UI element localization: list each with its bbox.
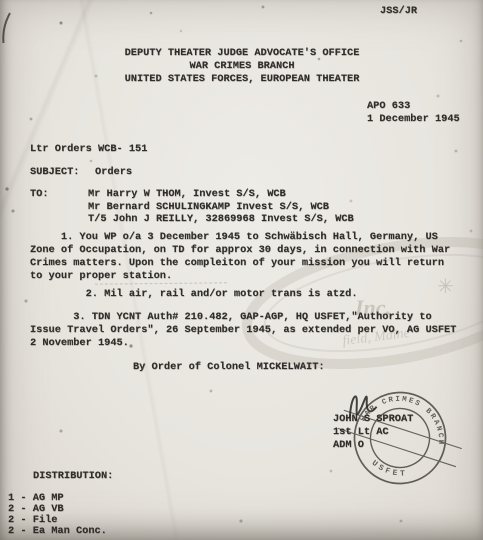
paragraph-2: 2. Mil air, rail and/or motor trans is a… bbox=[30, 288, 358, 301]
svg-text:USFET: USFET bbox=[368, 458, 410, 482]
date-line: 1 December 1945 bbox=[367, 113, 460, 126]
signer-rank: 1st Lt AC bbox=[333, 426, 389, 439]
subject-value: Orders bbox=[95, 166, 132, 179]
pencil-smudge bbox=[95, 282, 227, 284]
signer-title: ADM O bbox=[333, 439, 364, 452]
subject-label: SUBJECT: bbox=[30, 166, 79, 179]
reference-code: JSS/JR bbox=[380, 5, 417, 18]
stamp-bottom-text: USFET bbox=[368, 458, 410, 482]
apo-line: APO 633 bbox=[367, 100, 410, 113]
paragraph-3: 3. TDN YCNT Auth# 210.482, GAP-AGP, HQ U… bbox=[30, 311, 456, 350]
order-number-line: Ltr Orders WCB- 151 bbox=[30, 143, 147, 156]
pen-mark bbox=[0, 12, 14, 46]
scanned-document-page: ✳ Inc. field, Maine JSS/JR DEPUTY THEATE… bbox=[0, 0, 483, 540]
distribution-label: DISTRIBUTION: bbox=[33, 470, 113, 483]
by-order-line: By Order of Colonel MICKELWAIT: bbox=[133, 361, 325, 374]
scan-specks bbox=[0, 0, 2, 2]
paragraph-1: 1. You WP o/a 3 December 1945 to Schwäbi… bbox=[30, 231, 450, 283]
letterhead: DEPUTY THEATER JUDGE ADVOCATE'S OFFICE W… bbox=[114, 47, 370, 86]
to-label: TO: bbox=[30, 188, 49, 201]
distribution-list: 1 - AG MP 2 - AG VB 2 - File 2 - Ea Man … bbox=[8, 493, 107, 537]
signer-name: JOHN S SPROAT bbox=[333, 413, 413, 426]
addressee-list: Mr Harry W THOM, Invest S/S, WCB Mr Bern… bbox=[88, 188, 354, 226]
